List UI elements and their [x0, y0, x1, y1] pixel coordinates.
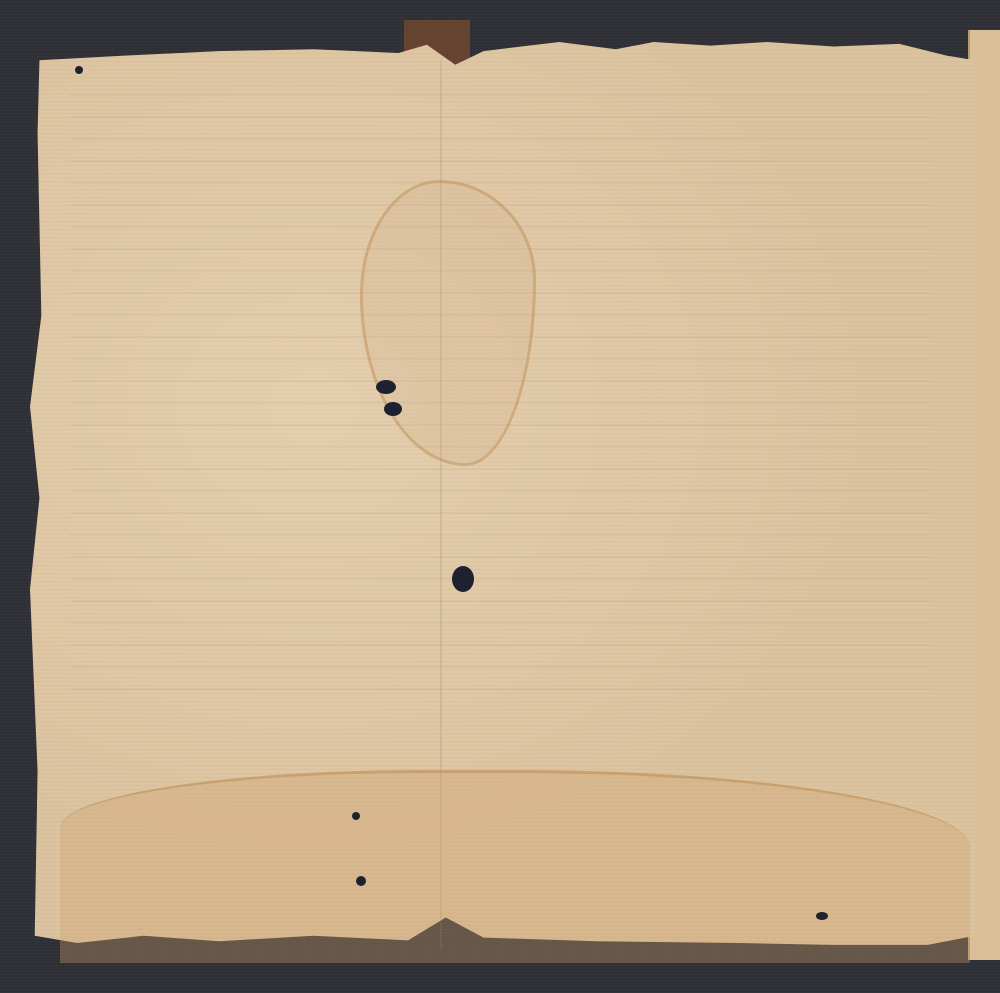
ink-spot: [452, 566, 474, 592]
water-stain-lower: [60, 770, 970, 963]
ink-spot: [816, 912, 828, 920]
ink-spot: [376, 380, 396, 394]
ink-spot: [384, 402, 402, 416]
ink-spot: [75, 66, 83, 74]
ink-spot: [356, 876, 366, 886]
ink-spot: [352, 812, 360, 820]
